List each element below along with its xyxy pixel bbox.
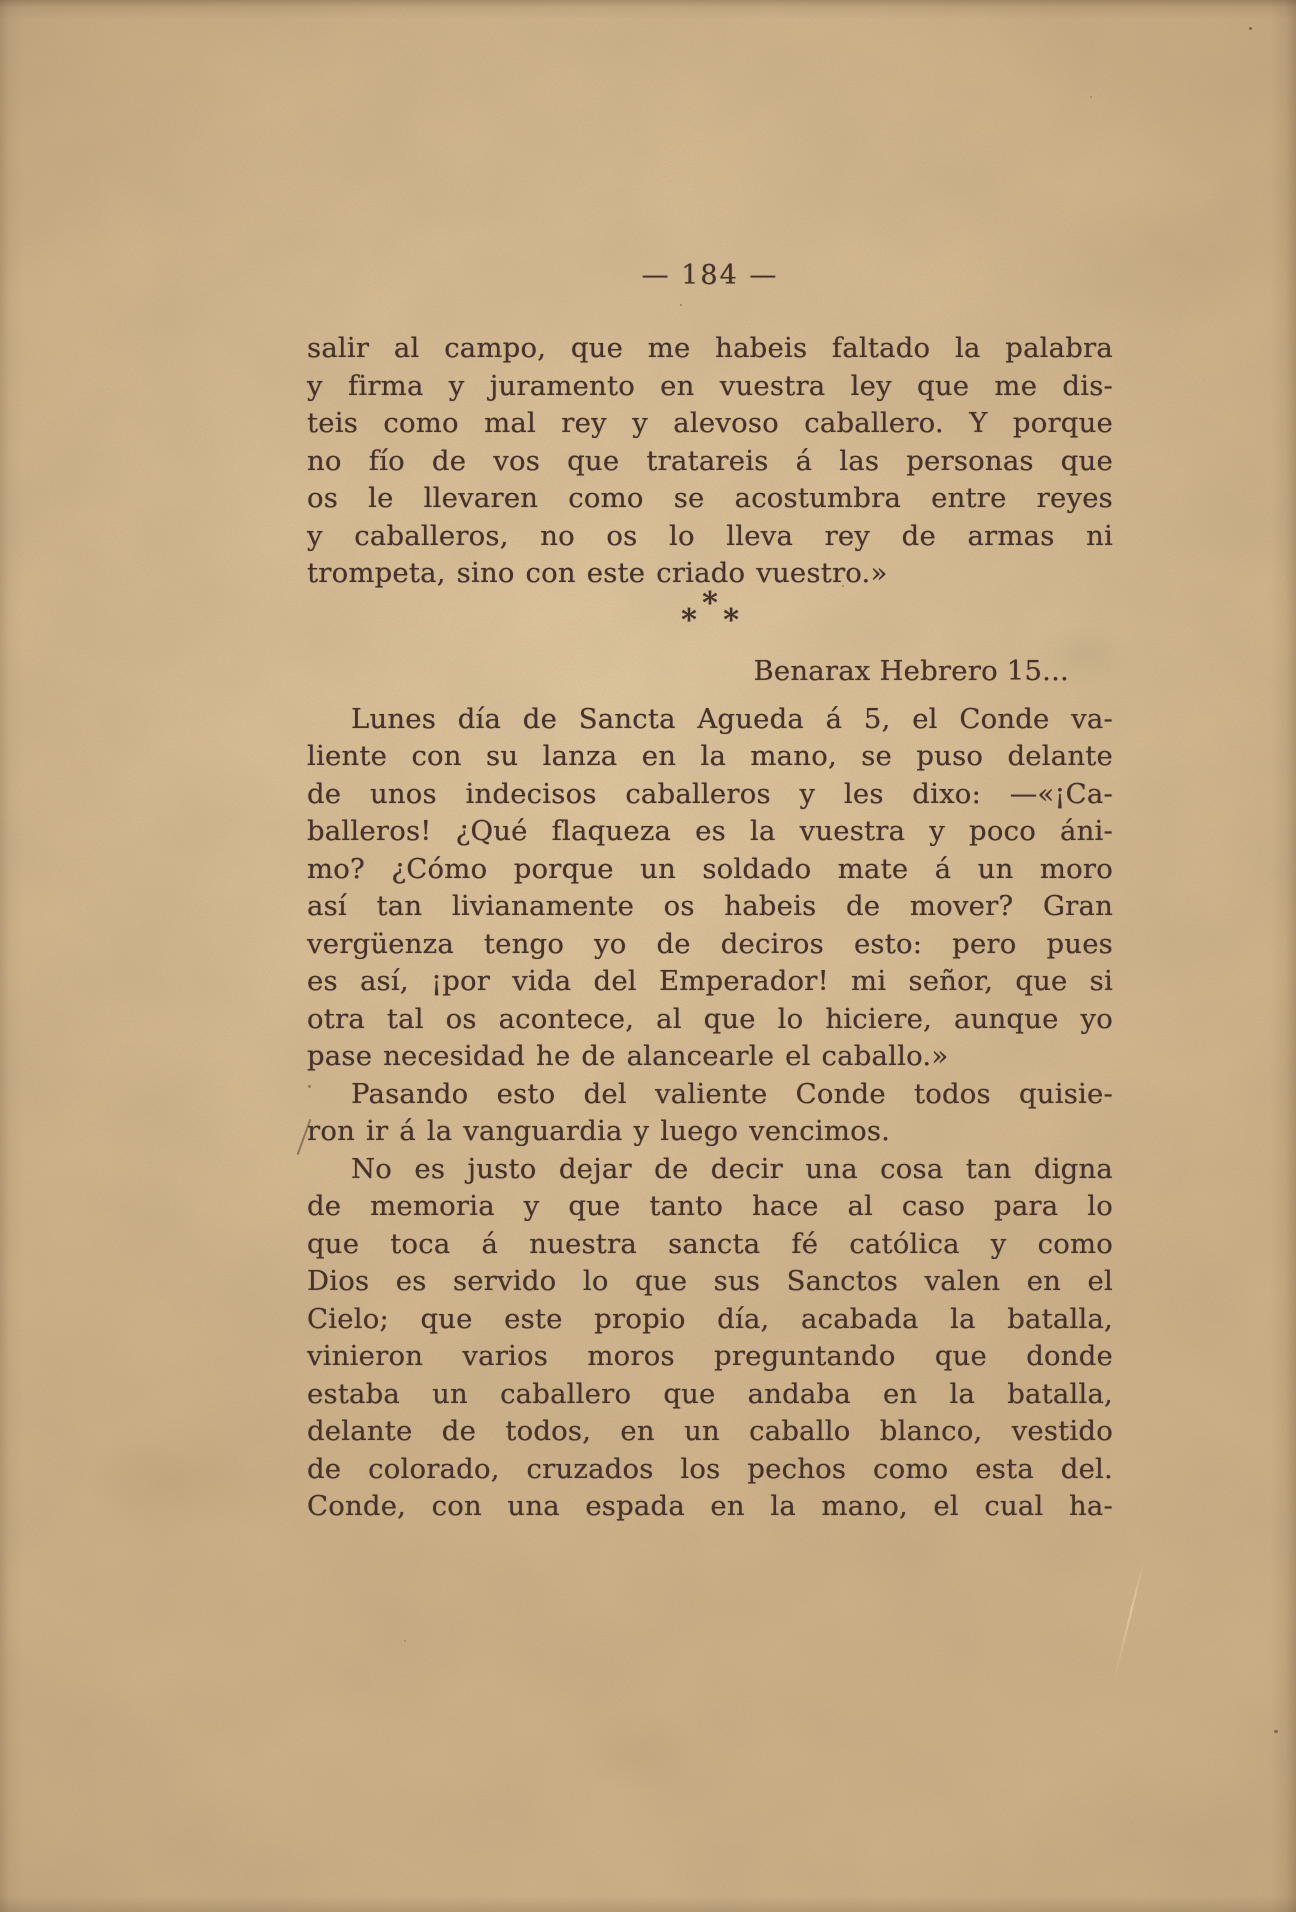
text-line: Pasando esto del valiente Conde todos qu… xyxy=(307,1076,1113,1114)
page-number: — 184 — xyxy=(307,261,1113,291)
text-line: vinieron varios moros preguntando que do… xyxy=(307,1338,1113,1376)
paper-speck xyxy=(1249,27,1252,30)
text-line: que toca á nuestra sancta fé católica y … xyxy=(307,1226,1113,1264)
text-line: Dios es servido lo que sus Sanctos valen… xyxy=(307,1263,1113,1301)
text-line: Cielo; que este propio día, acabada la b… xyxy=(307,1301,1113,1339)
paper-speck xyxy=(680,304,682,306)
text-line: de memoria y que tanto hace al caso para… xyxy=(307,1188,1113,1226)
asterisk-pair-icon: * * xyxy=(307,611,1113,631)
paragraph-2: Lunes día de Sancta Agueda á 5, el Conde… xyxy=(307,701,1113,1076)
paragraph-1: salir al campo, que me habeis faltado la… xyxy=(307,330,1113,593)
paper-speck xyxy=(1090,96,1092,98)
text-line: así tan livianamente os habeis de mover?… xyxy=(307,888,1113,926)
asterism-divider: * * * xyxy=(307,593,1113,631)
paper-speck xyxy=(842,585,844,587)
paper-speck xyxy=(1274,1730,1278,1733)
text-line: pase necesidad he de alancearle el cabal… xyxy=(307,1038,1113,1076)
text-line: ron ir á la vanguardia y luego vencimos. xyxy=(307,1113,1113,1151)
text-line: balleros! ¿Qué flaqueza es la vuestra y … xyxy=(307,813,1113,851)
text-line: otra tal os acontece, al que lo hiciere,… xyxy=(307,1001,1113,1039)
text-line: de colorado, cruzados los pechos como es… xyxy=(307,1451,1113,1489)
text-line: no fío de vos que tratareis á las person… xyxy=(307,443,1113,481)
text-line: mo? ¿Cómo porque un soldado mate á un mo… xyxy=(307,851,1113,889)
text-line: de unos indecisos caballeros y les dixo:… xyxy=(307,776,1113,814)
paragraph-3: Pasando esto del valiente Conde todos qu… xyxy=(307,1076,1113,1151)
text-line: Lunes día de Sancta Agueda á 5, el Conde… xyxy=(307,701,1113,739)
text-line: estaba un caballero que andaba en la bat… xyxy=(307,1376,1113,1414)
text-line: y caballeros, no os lo lleva rey de arma… xyxy=(307,518,1113,556)
paper-speck xyxy=(308,1085,311,1088)
text-line: salir al campo, que me habeis faltado la… xyxy=(307,330,1113,368)
text-column: — 184 — salir al campo, que me habeis fa… xyxy=(307,0,1113,1526)
paper-speck xyxy=(404,1640,406,1642)
text-line: es así, ¡por vida del Emperador! mi seño… xyxy=(307,963,1113,1001)
paragraph-4: No es justo dejar de decir una cosa tan … xyxy=(307,1151,1113,1526)
text-line: vergüenza tengo yo de deciros esto: pero… xyxy=(307,926,1113,964)
text-line: os le llevaren como se acostumbra entre … xyxy=(307,480,1113,518)
paper-crease xyxy=(1114,1562,1144,1679)
dateline: Benarax Hebrero 15... xyxy=(307,653,1113,691)
text-line: teis como mal rey y alevoso caballero. Y… xyxy=(307,405,1113,443)
text-line: liente con su lanza en la mano, se puso … xyxy=(307,738,1113,776)
text-line: Conde, con una espada en la mano, el cua… xyxy=(307,1488,1113,1526)
text-line: No es justo dejar de decir una cosa tan … xyxy=(307,1151,1113,1189)
text-line: y firma y juramento en vuestra ley que m… xyxy=(307,368,1113,406)
text-line: delante de todos, en un caballo blanco, … xyxy=(307,1413,1113,1451)
book-page-scan: — 184 — salir al campo, que me habeis fa… xyxy=(0,0,1296,1912)
